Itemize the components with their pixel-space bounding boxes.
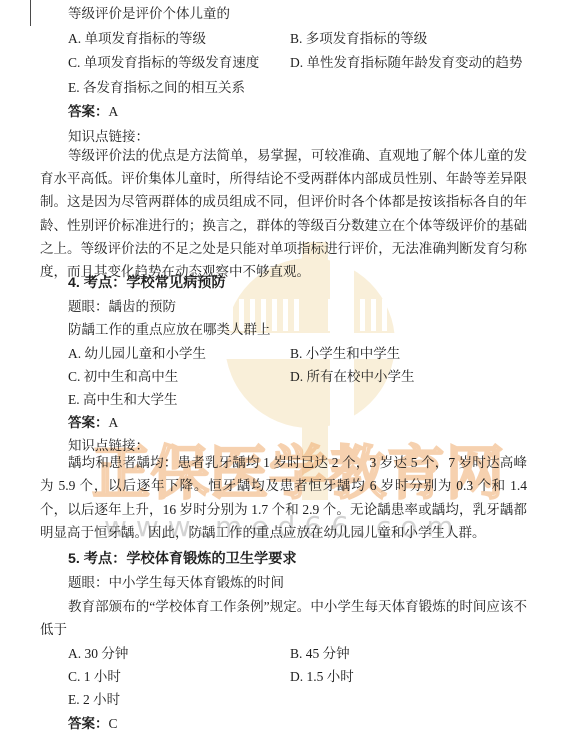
question-3-block: 等级评价是评价个体儿童的 A. 单项发育指标的等级 B. 多项发育指标的等级 C… — [40, 2, 527, 150]
question-4-heading: 4. 考点：学校常见病预防 — [40, 272, 527, 295]
option-row: C. 单项发育指标的等级发育速度 D. 单性发育指标随年龄发育变动的趋势 — [40, 51, 527, 76]
answer-value: A — [109, 104, 119, 119]
option-a: A. 30 分钟 — [40, 642, 290, 665]
answer-value: C — [109, 716, 118, 731]
option-row: A. 30 分钟 B. 45 分钟 — [40, 642, 527, 665]
option-e: E. 2 小时 — [40, 688, 527, 711]
option-row: A. 幼儿园儿童和小学生 B. 小学生和中学生 — [40, 342, 527, 365]
question-5-block: 5. 考点：学校体育锻炼的卫生学要求 题眼：中小学生每天体育锻炼的时间 教育部颁… — [40, 548, 527, 735]
question-5-heading: 5. 考点：学校体育锻炼的卫生学要求 — [40, 548, 527, 571]
key-point-line: 题眼：龋齿的预防 — [40, 295, 527, 318]
option-d: D. 所有在校中小学生 — [290, 365, 527, 388]
option-b: B. 45 分钟 — [290, 642, 527, 665]
page-edge-rule — [30, 0, 31, 26]
question-stem: 等级评价是评价个体儿童的 — [40, 2, 527, 27]
answer-line: 答案：A — [40, 411, 527, 434]
answer-label: 答案： — [68, 104, 109, 119]
answer-label: 答案： — [68, 415, 109, 430]
option-c: C. 1 小时 — [40, 665, 290, 688]
option-a: A. 单项发育指标的等级 — [40, 27, 290, 52]
question-4-block: 4. 考点：学校常见病预防 题眼：龋齿的预防 防龋工作的重点应放在哪类人群上 A… — [40, 272, 527, 458]
option-c: C. 初中生和高中生 — [40, 365, 290, 388]
answer-line: 答案：C — [40, 712, 527, 735]
answer-line: 答案：A — [40, 100, 527, 125]
option-d: D. 单性发育指标随年龄发育变动的趋势 — [290, 51, 527, 76]
option-row: A. 单项发育指标的等级 B. 多项发育指标的等级 — [40, 27, 527, 52]
question-3-explanation: 等级评价法的优点是方法简单，易掌握，可较准确、直观地了解个体儿童的发育水平高低。… — [40, 144, 527, 283]
option-e: E. 各发育指标之间的相互关系 — [40, 76, 527, 101]
question-stem: 防龋工作的重点应放在哪类人群上 — [40, 318, 527, 341]
option-row: C. 1 小时 D. 1.5 小时 — [40, 665, 527, 688]
option-d: D. 1.5 小时 — [290, 665, 527, 688]
option-b: B. 小学生和中学生 — [290, 342, 527, 365]
option-a: A. 幼儿园儿童和小学生 — [40, 342, 290, 365]
option-row: C. 初中生和高中生 D. 所有在校中小学生 — [40, 365, 527, 388]
key-point-line: 题眼：中小学生每天体育锻炼的时间 — [40, 571, 527, 594]
option-c: C. 单项发育指标的等级发育速度 — [40, 51, 290, 76]
answer-label: 答案： — [68, 716, 109, 731]
option-b: B. 多项发育指标的等级 — [290, 27, 527, 52]
document-page: 等级评价是评价个体儿童的 A. 单项发育指标的等级 B. 多项发育指标的等级 C… — [0, 0, 564, 735]
question-stem: 教育部颁布的“学校体育工作条例”规定。中小学生每天体育锻炼的时间应该不低于 — [40, 595, 527, 642]
question-4-explanation: 龋均和患者龋均：患者乳牙龋均 1 岁时已达 2 个，3 岁达 5 个，7 岁时达… — [40, 451, 527, 544]
option-e: E. 高中生和大学生 — [40, 388, 527, 411]
answer-value: A — [109, 415, 119, 430]
